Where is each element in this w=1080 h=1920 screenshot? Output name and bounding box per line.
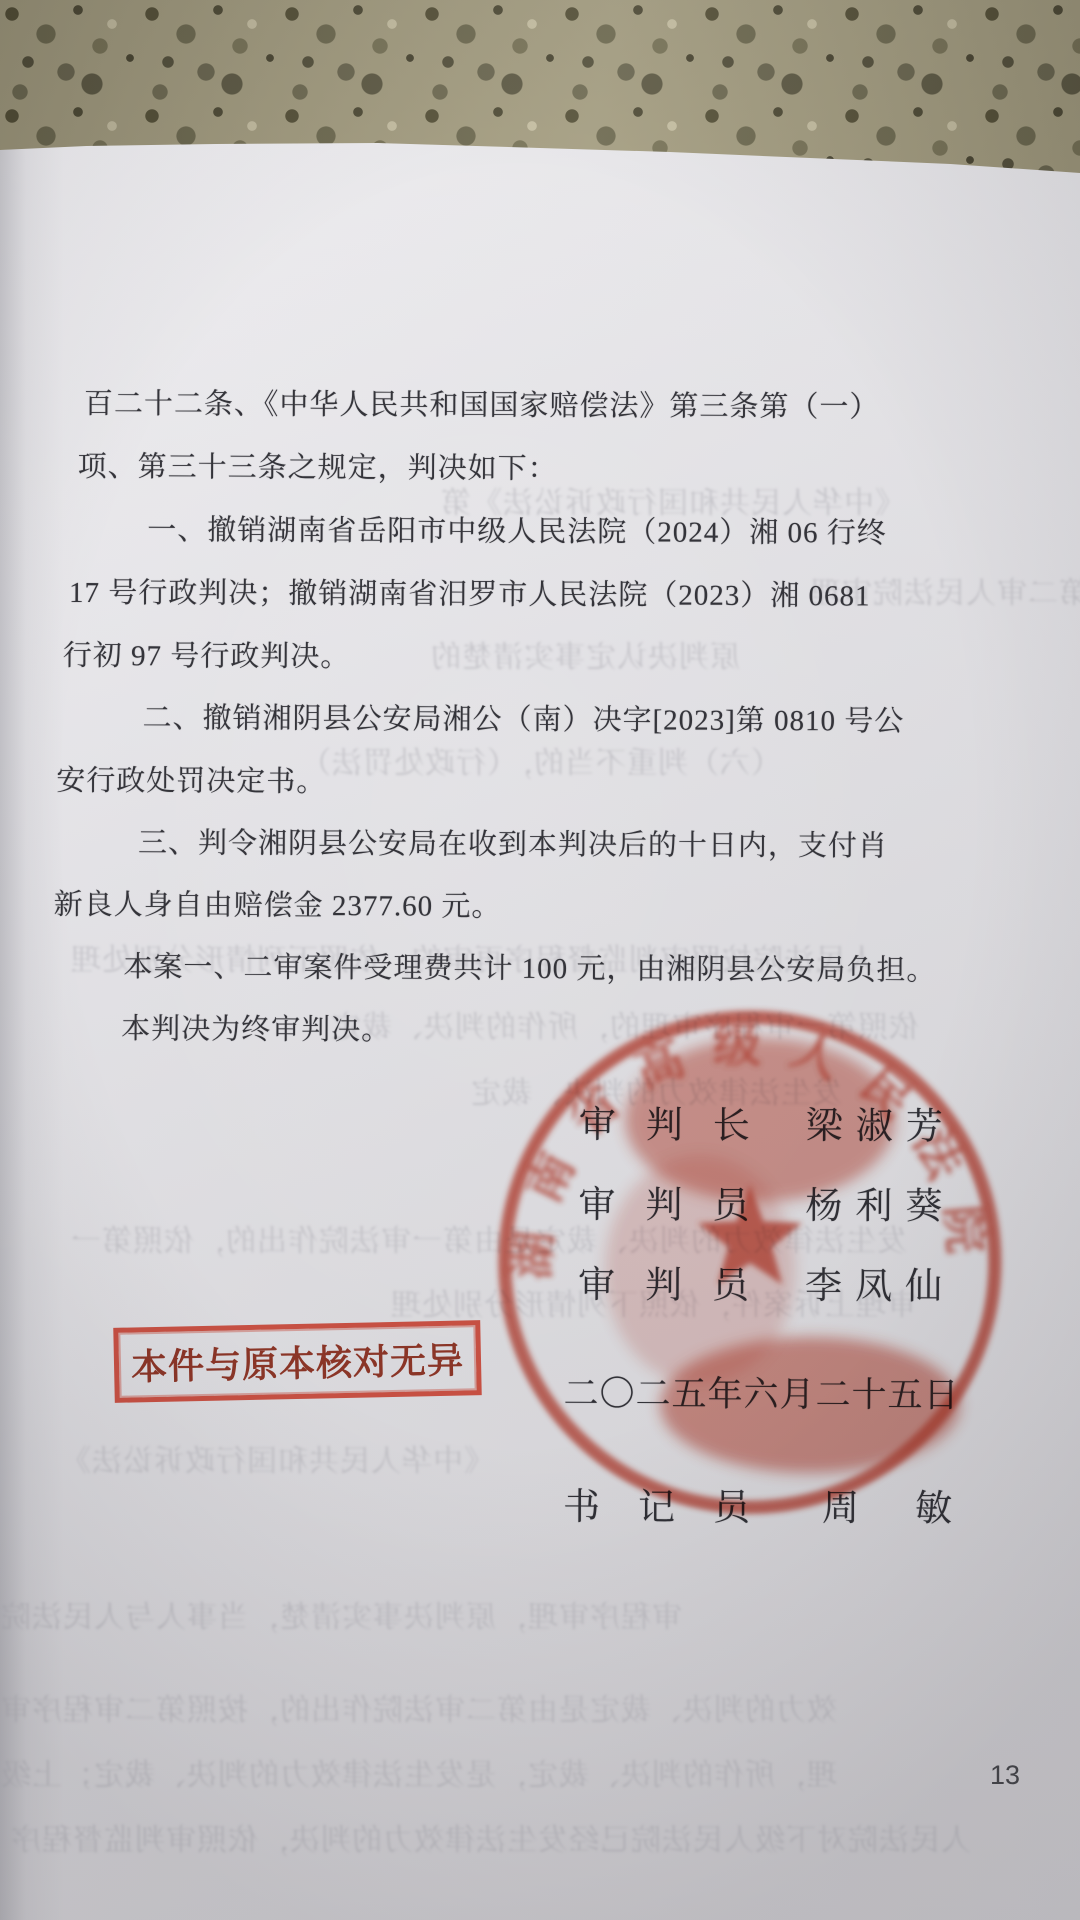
- court-seal: 湖南省高级人民法院: [0, 0, 1080, 1920]
- page-number: 13: [990, 1760, 1020, 1791]
- photographed-court-judgment: { "doc": { "body_lines": [ "百二十二条、《中华人民共…: [0, 0, 1080, 1920]
